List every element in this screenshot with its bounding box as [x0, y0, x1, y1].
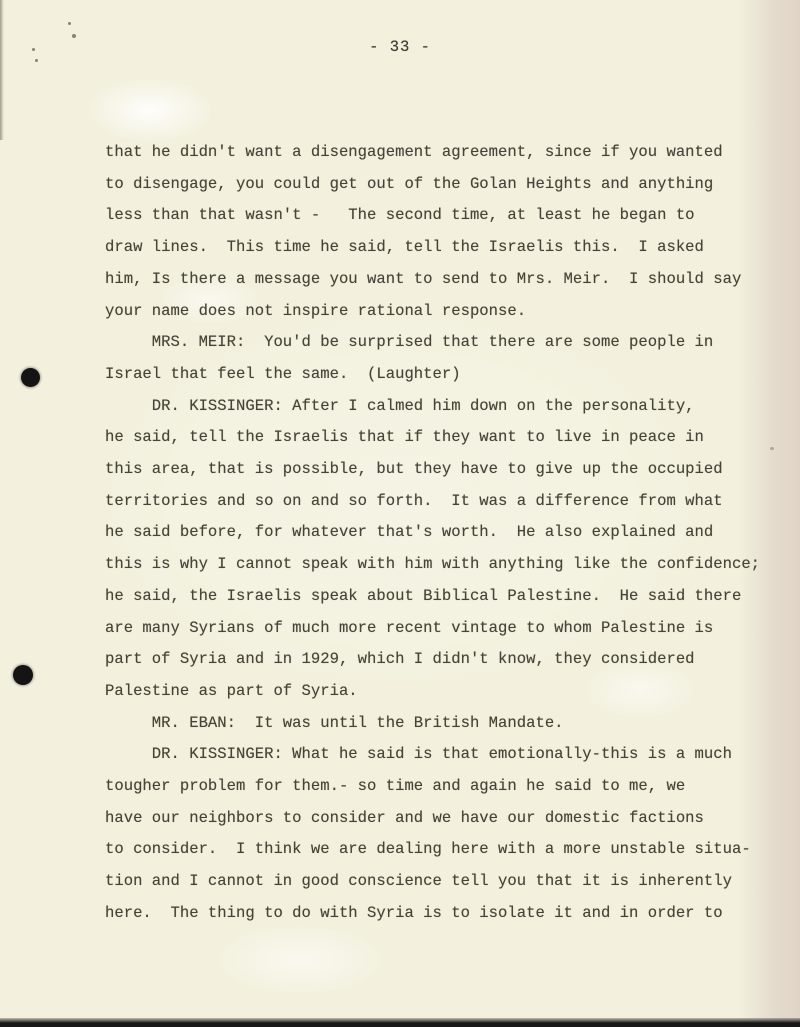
hole-punch-top-icon: [21, 368, 40, 387]
transcript-body-text: that he didn't want a disengagement agre…: [105, 137, 760, 930]
scan-speck: [72, 34, 76, 38]
scan-speck: [68, 22, 71, 25]
page-number: - 33 -: [0, 38, 800, 56]
scan-speck: [770, 447, 774, 450]
scan-speck: [32, 48, 35, 51]
hole-punch-bottom-icon: [13, 665, 33, 685]
page-left-edge-shadow: [0, 0, 4, 140]
scan-edge-bottom: [0, 1018, 800, 1027]
scan-speck: [35, 59, 38, 62]
scanned-document-page: - 33 - that he didn't want a disengageme…: [0, 0, 800, 1027]
